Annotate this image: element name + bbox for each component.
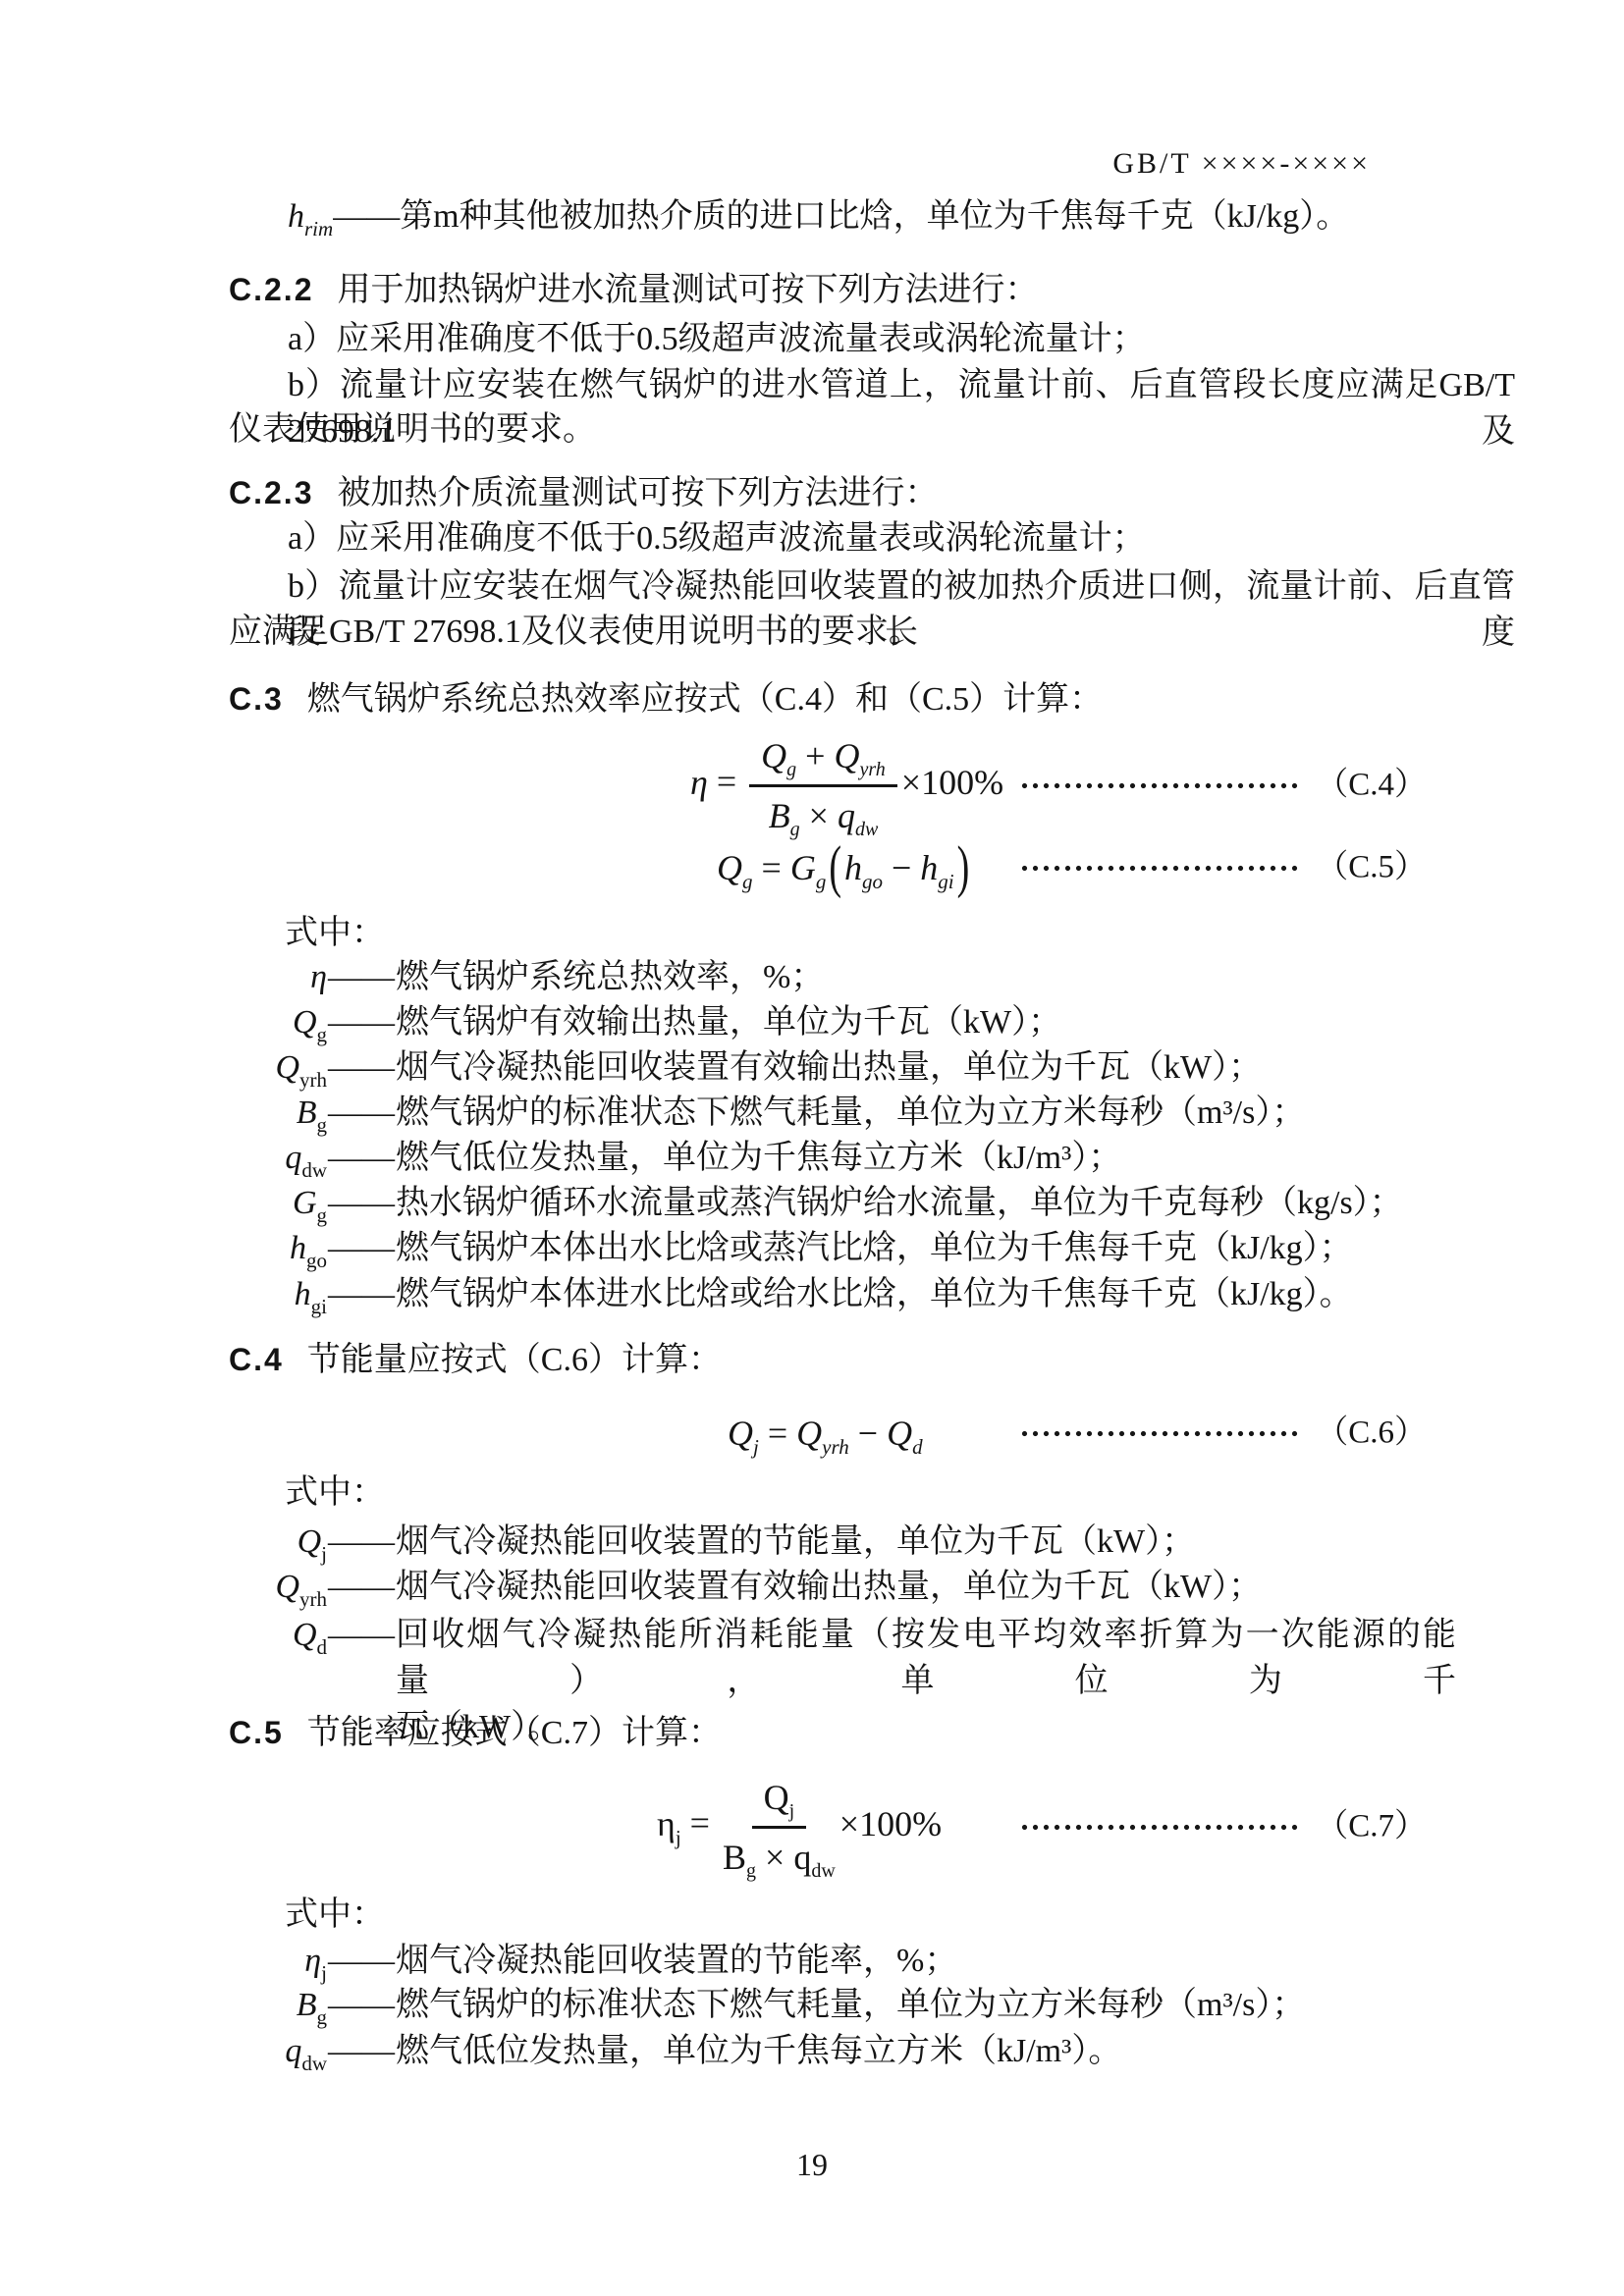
clause-c5-heading: C.5 节能率应按式（C.7）计算： xyxy=(229,1710,1456,1756)
formula-label-c7: （C.7） xyxy=(1316,1804,1427,1850)
symbol: Bg xyxy=(229,1982,327,2028)
symbol-definition-text: 烟气冷凝热能回收装置有效输出热量，单位为千瓦（kW）； xyxy=(396,1044,1456,1091)
symbol-definition-text: 烟气冷凝热能回收装置的节能量，单位为千瓦（kW）； xyxy=(396,1519,1456,1565)
symbol-definition-row: Bg —— 燃气锅炉的标准状态下燃气耗量，单位为立方米每秒（m³/s）； xyxy=(229,1982,1456,2028)
symbol: Gg xyxy=(229,1180,327,1226)
clause-number: C.5 xyxy=(229,1710,284,1756)
symbol-definition-text: 燃气锅炉本体出水比焓或蒸汽比焓，单位为千焦每千克（kJ/kg）； xyxy=(396,1225,1456,1271)
symbol: hgo xyxy=(229,1225,327,1271)
clause-title: 被加热介质流量测试可按下列方法进行： xyxy=(337,470,938,516)
symbol: hgi xyxy=(229,1271,327,1317)
em-dash: —— xyxy=(327,2028,396,2074)
symbol: Qd xyxy=(229,1612,327,1658)
dot-leader xyxy=(1019,1429,1300,1437)
symbol-definition-row: qdw —— 燃气低位发热量，单位为千焦每立方米（kJ/m³）； xyxy=(229,1135,1456,1181)
clause-c4-heading: C.4 节能量应按式（C.6）计算： xyxy=(229,1337,1456,1383)
clause-c3-heading: C.3 燃气锅炉系统总热效率应按式（C.4）和（C.5）计算： xyxy=(229,676,1456,722)
dot-leader xyxy=(1019,1823,1300,1831)
list-item-b-line2: 应满足GB/T 27698.1及仪表使用说明书的要求。 xyxy=(229,609,1456,655)
symbol: qdw xyxy=(229,2028,327,2074)
symbol: ηj xyxy=(229,1938,327,1984)
formula-where-label: 式中： xyxy=(229,1892,1512,1938)
document-page: GB/T ××××-×××× hrim——第m种其他被加热介质的进口比焓，单位为… xyxy=(0,0,1624,2296)
em-dash: —— xyxy=(327,1938,396,1984)
symbol-definition-text: 热水锅炉循环水流量或蒸汽锅炉给水流量，单位为千克每秒（kg/s）； xyxy=(396,1180,1456,1226)
em-dash: —— xyxy=(327,1519,396,1565)
clause-title: 节能量应按式（C.6）计算： xyxy=(307,1337,722,1383)
em-dash: —— xyxy=(327,1090,396,1136)
formula-c4-row: η=Qg+QyrhBg×qdw×100% （C.4） xyxy=(229,728,1456,842)
left-paren: ( xyxy=(829,832,841,904)
formula-c4: η=Qg+QyrhBg×qdw×100% xyxy=(690,734,1003,837)
symbol-definition-row: hgo —— 燃气锅炉本体出水比焓或蒸汽比焓，单位为千焦每千克（kJ/kg）； xyxy=(229,1225,1456,1271)
formula-c6: Qj=Qyrh−Qd xyxy=(728,1411,923,1457)
symbol-definition-row: qdw —— 燃气低位发热量，单位为千焦每立方米（kJ/m³）。 xyxy=(229,2028,1456,2074)
symbol-definition-text: 燃气低位发热量，单位为千焦每立方米（kJ/m³）。 xyxy=(396,2028,1456,2074)
clause-number: C.3 xyxy=(229,676,284,722)
formula-label-c5: （C.5） xyxy=(1316,845,1427,891)
em-dash: —— xyxy=(327,1225,396,1271)
symbol: qdw xyxy=(229,1135,327,1181)
clause-c23-heading: C.2.3 被加热介质流量测试可按下列方法进行： xyxy=(229,470,1456,516)
dot-leader xyxy=(1019,781,1300,789)
symbol-definition-text: 燃气锅炉系统总热效率，%； xyxy=(396,954,1456,1000)
list-item-a: a）应采用准确度不低于0.5级超声波流量表或涡轮流量计； xyxy=(229,515,1515,561)
symbol: h xyxy=(288,198,304,235)
clause-title: 节能率应按式（C.7）计算： xyxy=(307,1710,722,1756)
definition-text: 第m种其他被加热介质的进口比焓，单位为千焦每千克（kJ/kg）。 xyxy=(400,198,1349,235)
formula-label-c4: （C.4） xyxy=(1316,763,1427,809)
definition-line1: 回收烟气冷凝热能所消耗能量（按发电平均效率折算为一次能源的能量），单位为千 xyxy=(396,1612,1456,1704)
em-dash: —— xyxy=(327,1135,396,1181)
symbol: Qyrh xyxy=(229,1564,327,1610)
symbol: Bg xyxy=(229,1090,327,1136)
clause-number: C.4 xyxy=(229,1337,284,1383)
symbol: η xyxy=(229,954,327,1000)
formula-where-label: 式中： xyxy=(229,910,1512,956)
symbol-definition-row: Gg —— 热水锅炉循环水流量或蒸汽锅炉给水流量，单位为千克每秒（kg/s）； xyxy=(229,1180,1456,1226)
doc-code: GB/T ××××-×××× xyxy=(1112,145,1371,183)
right-paren: ) xyxy=(957,832,970,904)
clause-number: C.2.2 xyxy=(229,267,313,313)
em-dash: —— xyxy=(327,954,396,1000)
em-dash: —— xyxy=(327,999,396,1045)
symbol-definition-text: 燃气锅炉有效输出热量，单位为千瓦（kW）； xyxy=(396,999,1456,1045)
formula-c7-row: ηj=QjBg×qdw×100% （C.7） xyxy=(229,1772,1456,1882)
formula-c5: Qg=Gg(hgo−hgi) xyxy=(717,845,972,891)
em-dash: —— xyxy=(327,1180,396,1226)
symbol-definition-row: ηj —— 烟气冷凝热能回收装置的节能率，%； xyxy=(229,1938,1456,1984)
symbol: Qyrh xyxy=(229,1044,327,1091)
clause-title: 燃气锅炉系统总热效率应按式（C.4）和（C.5）计算： xyxy=(307,676,1103,722)
symbol-definition-text: 燃气锅炉的标准状态下燃气耗量，单位为立方米每秒（m³/s）； xyxy=(396,1090,1456,1136)
symbol-definition-text: 烟气冷凝热能回收装置的节能率，%； xyxy=(396,1938,1456,1984)
symbol-definition-row: Qyrh —— 烟气冷凝热能回收装置有效输出热量，单位为千瓦（kW）； xyxy=(229,1564,1456,1610)
formula-c7: ηj=QjBg×qdw×100% xyxy=(657,1776,942,1879)
list-item-a: a）应采用准确度不低于0.5级超声波流量表或涡轮流量计； xyxy=(229,316,1515,362)
dot-leader xyxy=(1019,864,1300,872)
symbol-definition-text: 燃气锅炉本体进水比焓或给水比焓，单位为千焦每千克（kJ/kg）。 xyxy=(396,1271,1456,1317)
em-dash: —— xyxy=(327,1271,396,1317)
symbol-definition-row: η —— 燃气锅炉系统总热效率，%； xyxy=(229,954,1456,1000)
intro-definition-line: hrim——第m种其他被加热介质的进口比焓，单位为千焦每千克（kJ/kg）。 xyxy=(229,193,1515,240)
em-dash: —— xyxy=(327,1612,396,1658)
formula-label-c6: （C.6） xyxy=(1316,1411,1427,1457)
formula-where-label: 式中： xyxy=(229,1469,1512,1516)
symbol-definition-row: hgi —— 燃气锅炉本体进水比焓或给水比焓，单位为千焦每千克（kJ/kg）。 xyxy=(229,1271,1456,1317)
symbol-definition-text: 烟气冷凝热能回收装置有效输出热量，单位为千瓦（kW）； xyxy=(396,1564,1456,1610)
symbol-definition-row: Qyrh —— 烟气冷凝热能回收装置有效输出热量，单位为千瓦（kW）； xyxy=(229,1044,1456,1091)
formula-c5-row: Qg=Gg(hgo−hgi) （C.5） xyxy=(229,836,1456,899)
symbol-definition-text: 燃气低位发热量，单位为千焦每立方米（kJ/m³）； xyxy=(396,1135,1456,1181)
em-dash: —— xyxy=(327,1044,396,1091)
symbol-definition-row: Bg —— 燃气锅炉的标准状态下燃气耗量，单位为立方米每秒（m³/s）； xyxy=(229,1090,1456,1136)
symbol-definition-row: Qj —— 烟气冷凝热能回收装置的节能量，单位为千瓦（kW）； xyxy=(229,1519,1456,1565)
em-dash: —— xyxy=(327,1982,396,2028)
symbol: Qg xyxy=(229,999,327,1045)
page-number: 19 xyxy=(0,2142,1624,2188)
clause-title: 用于加热锅炉进水流量测试可按下列方法进行： xyxy=(337,267,1038,313)
list-item-b-line2: 仪表使用说明书的要求。 xyxy=(229,406,1456,453)
symbol: Qj xyxy=(229,1519,327,1565)
formula-c6-row: Qj=Qyrh−Qd （C.6） xyxy=(229,1406,1456,1461)
clause-number: C.2.3 xyxy=(229,470,313,516)
symbol-definition-row: Qg —— 燃气锅炉有效输出热量，单位为千瓦（kW）； xyxy=(229,999,1456,1045)
symbol-definition-text: 燃气锅炉的标准状态下燃气耗量，单位为立方米每秒（m³/s）； xyxy=(396,1982,1456,2028)
em-dash: —— xyxy=(327,1564,396,1610)
em-dash: —— xyxy=(333,198,400,235)
clause-c22-heading: C.2.2 用于加热锅炉进水流量测试可按下列方法进行： xyxy=(229,267,1456,313)
